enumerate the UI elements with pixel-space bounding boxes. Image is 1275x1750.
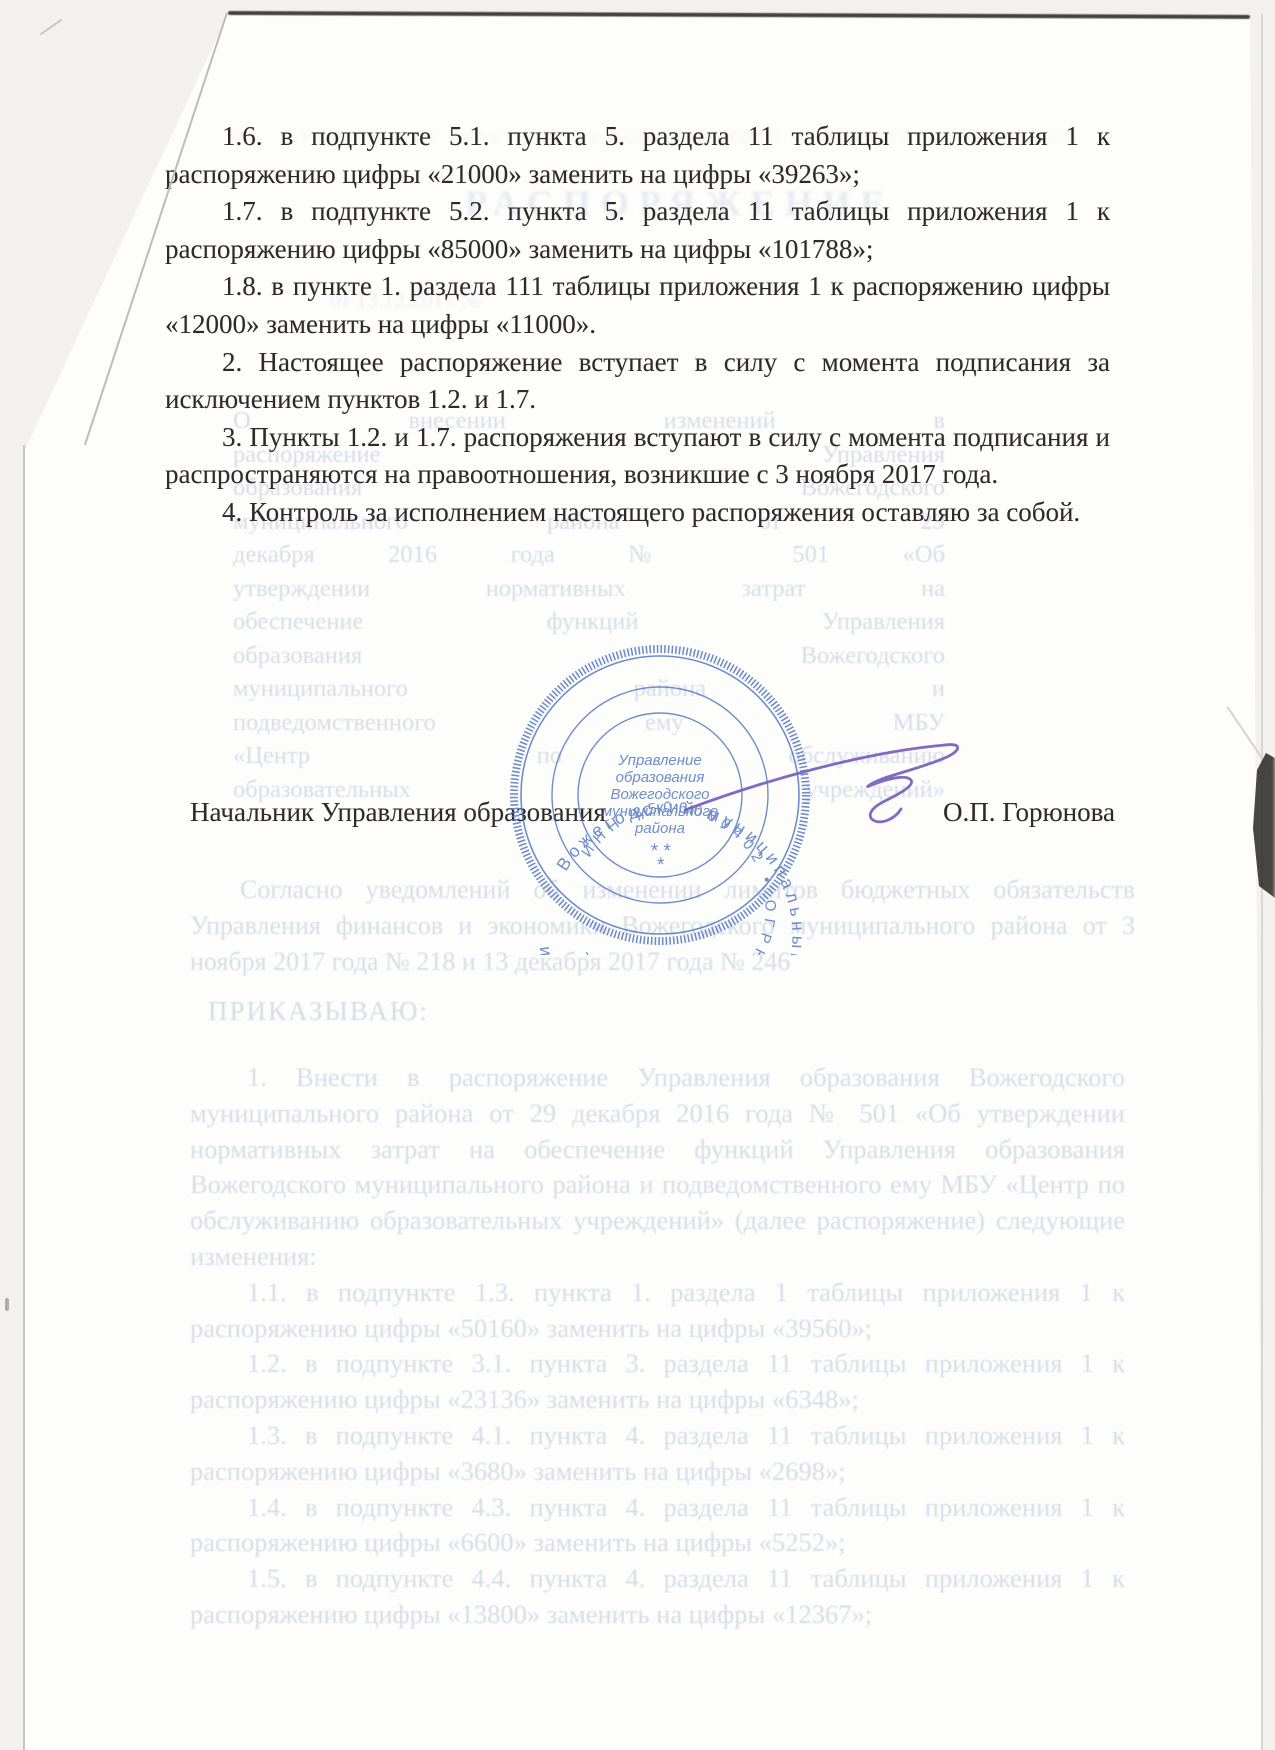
bleedthrough-line: декабря 2016 года № 501 «Об <box>233 538 945 572</box>
bleedthrough-line: утверждении нормативных затрат на <box>233 572 945 606</box>
page-left-edge <box>23 445 25 1750</box>
bleedthrough-item: 1.3. в подпункте 4.1. пункта 4. раздела … <box>190 1418 1125 1490</box>
page-right-edge <box>1261 14 1263 1750</box>
bleedthrough-prikaz: ПРИКАЗЫВАЮ: <box>208 996 429 1027</box>
bleedthrough-item: 1.5. в подпункте 4.4. пункта 4. раздела … <box>190 1561 1125 1633</box>
body-paragraph: 3. Пункты 1.2. и 1.7. распоряжения вступ… <box>165 419 1110 494</box>
scan-speck <box>5 1298 9 1311</box>
document-body: 1.6. в подпункте 5.1. пункта 5. раздела … <box>165 118 1110 532</box>
signature-stroke <box>867 745 958 822</box>
body-paragraph: 1.7. в подпункте 5.2. пункта 5. раздела … <box>165 193 1110 268</box>
body-paragraph: 1.8. в пункте 1. раздела 111 таблицы при… <box>165 268 1110 343</box>
scanned-document-page: УПРАВЛЕНИЕ ОБРАЗОВАНИЯ ВОЖЕГОДСКОГО МУНИ… <box>0 0 1275 1750</box>
body-paragraph: 2. Настоящее распоряжение вступает в сил… <box>165 344 1110 419</box>
bleedthrough-items-block: 1. Внести в распоряжение Управления обра… <box>190 1060 1125 1633</box>
body-paragraph: 4. Контроль за исполнением настоящего ра… <box>165 494 1110 532</box>
scan-scratch-mark <box>40 19 62 36</box>
bleedthrough-item: 1. Внести в распоряжение Управления обра… <box>190 1060 1125 1275</box>
bleedthrough-item: 1.1. в подпункте 1.3. пункта 1. раздела … <box>190 1275 1125 1347</box>
body-paragraph: 1.6. в подпункте 5.1. пункта 5. раздела … <box>165 118 1110 193</box>
bleedthrough-line: обеспечение функций Управления <box>233 605 945 639</box>
handwritten-signature <box>615 712 985 862</box>
bleedthrough-item: 1.4. в подпункте 4.3. пункта 4. раздела … <box>190 1490 1125 1562</box>
bleedthrough-item: 1.2. в подпункте 3.1. пункта 3. раздела … <box>190 1346 1125 1418</box>
